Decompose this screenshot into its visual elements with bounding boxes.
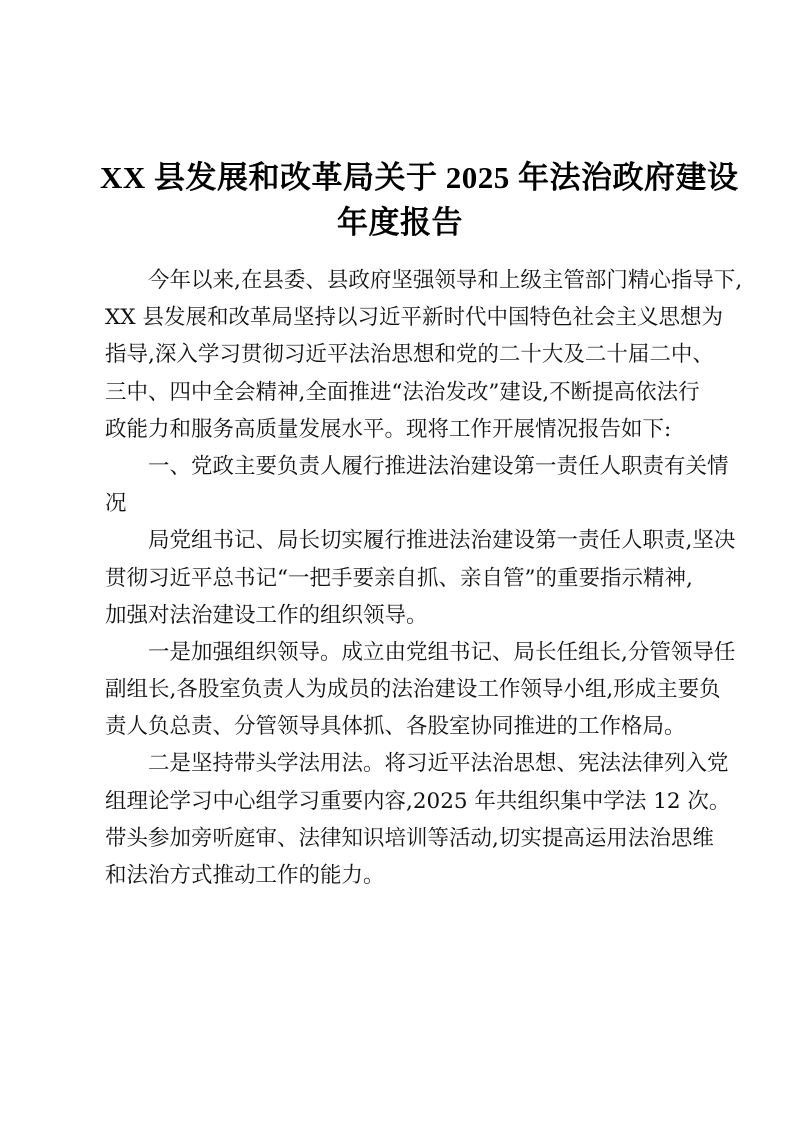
text-line: 局党组书记、局长切实履行推进法治建设第一责任人职责,坚决 bbox=[105, 522, 705, 559]
text-line: 责人负总责、分管领导具体抓、各股室协同推进的工作格局。 bbox=[105, 708, 705, 745]
paragraph-item-1: 一是加强组织领导。成立由党组书记、局长任组长,分管领导任 副组长,各股室负责人为… bbox=[105, 634, 705, 746]
text-line: 加强对法治建设工作的组织领导。 bbox=[105, 597, 705, 634]
paragraph-item-2: 二是坚持带头学法用法。将习近平法治思想、宪法法律列入党 组理论学习中心组学习重要… bbox=[105, 745, 705, 894]
text-line: 二是坚持带头学法用法。将习近平法治思想、宪法法律列入党 bbox=[105, 745, 705, 782]
title-line: 年度报告 bbox=[100, 200, 700, 245]
text-line: 副组长,各股室负责人为成员的法治建设工作领导小组,形成主要负 bbox=[105, 671, 705, 708]
paragraph-summary: 局党组书记、局长切实履行推进法治建设第一责任人职责,坚决 贯彻习近平总书记“一把… bbox=[105, 522, 705, 634]
paragraph-intro: 今年以来,在县委、县政府坚强领导和上级主管部门精心指导下, XX 县发展和改革局… bbox=[105, 262, 705, 448]
text-line: 组理论学习中心组学习重要内容,2025 年共组织集中学法 12 次。 bbox=[105, 783, 705, 820]
text-line: 和法治方式推动工作的能力。 bbox=[105, 857, 705, 894]
text-line: XX 县发展和改革局坚持以习近平新时代中国特色社会主义思想为 bbox=[105, 299, 705, 336]
document-title: XX 县发展和改革局关于 2025 年法治政府建设 年度报告 bbox=[100, 155, 700, 245]
text-line: 一、党政主要负责人履行推进法治建设第一责任人职责有关情 bbox=[105, 448, 705, 485]
text-line: 政能力和服务高质量发展水平。现将工作开展情况报告如下: bbox=[105, 411, 705, 448]
text-line: 指导,深入学习贯彻习近平法治思想和党的二十大及二十届二中、 bbox=[105, 336, 705, 373]
text-line: 三中、四中全会精神,全面推进“法治发改”建设,不断提高依法行 bbox=[105, 374, 705, 411]
document-page: XX 县发展和改革局关于 2025 年法治政府建设 年度报告 今年以来,在县委、… bbox=[0, 0, 800, 1131]
text-line: 带头参加旁听庭审、法律知识培训等活动,切实提高运用法治思维 bbox=[105, 820, 705, 857]
title-line: XX 县发展和改革局关于 2025 年法治政府建设 bbox=[100, 155, 700, 200]
document-body: 今年以来,在县委、县政府坚强领导和上级主管部门精心指导下, XX 县发展和改革局… bbox=[105, 262, 705, 894]
text-line: 今年以来,在县委、县政府坚强领导和上级主管部门精心指导下, bbox=[105, 262, 705, 299]
text-line: 一是加强组织领导。成立由党组书记、局长任组长,分管领导任 bbox=[105, 634, 705, 671]
text-line: 况 bbox=[105, 485, 705, 522]
text-line: 贯彻习近平总书记“一把手要亲自抓、亲自管”的重要指示精神, bbox=[105, 560, 705, 597]
section-heading: 一、党政主要负责人履行推进法治建设第一责任人职责有关情 况 bbox=[105, 448, 705, 522]
